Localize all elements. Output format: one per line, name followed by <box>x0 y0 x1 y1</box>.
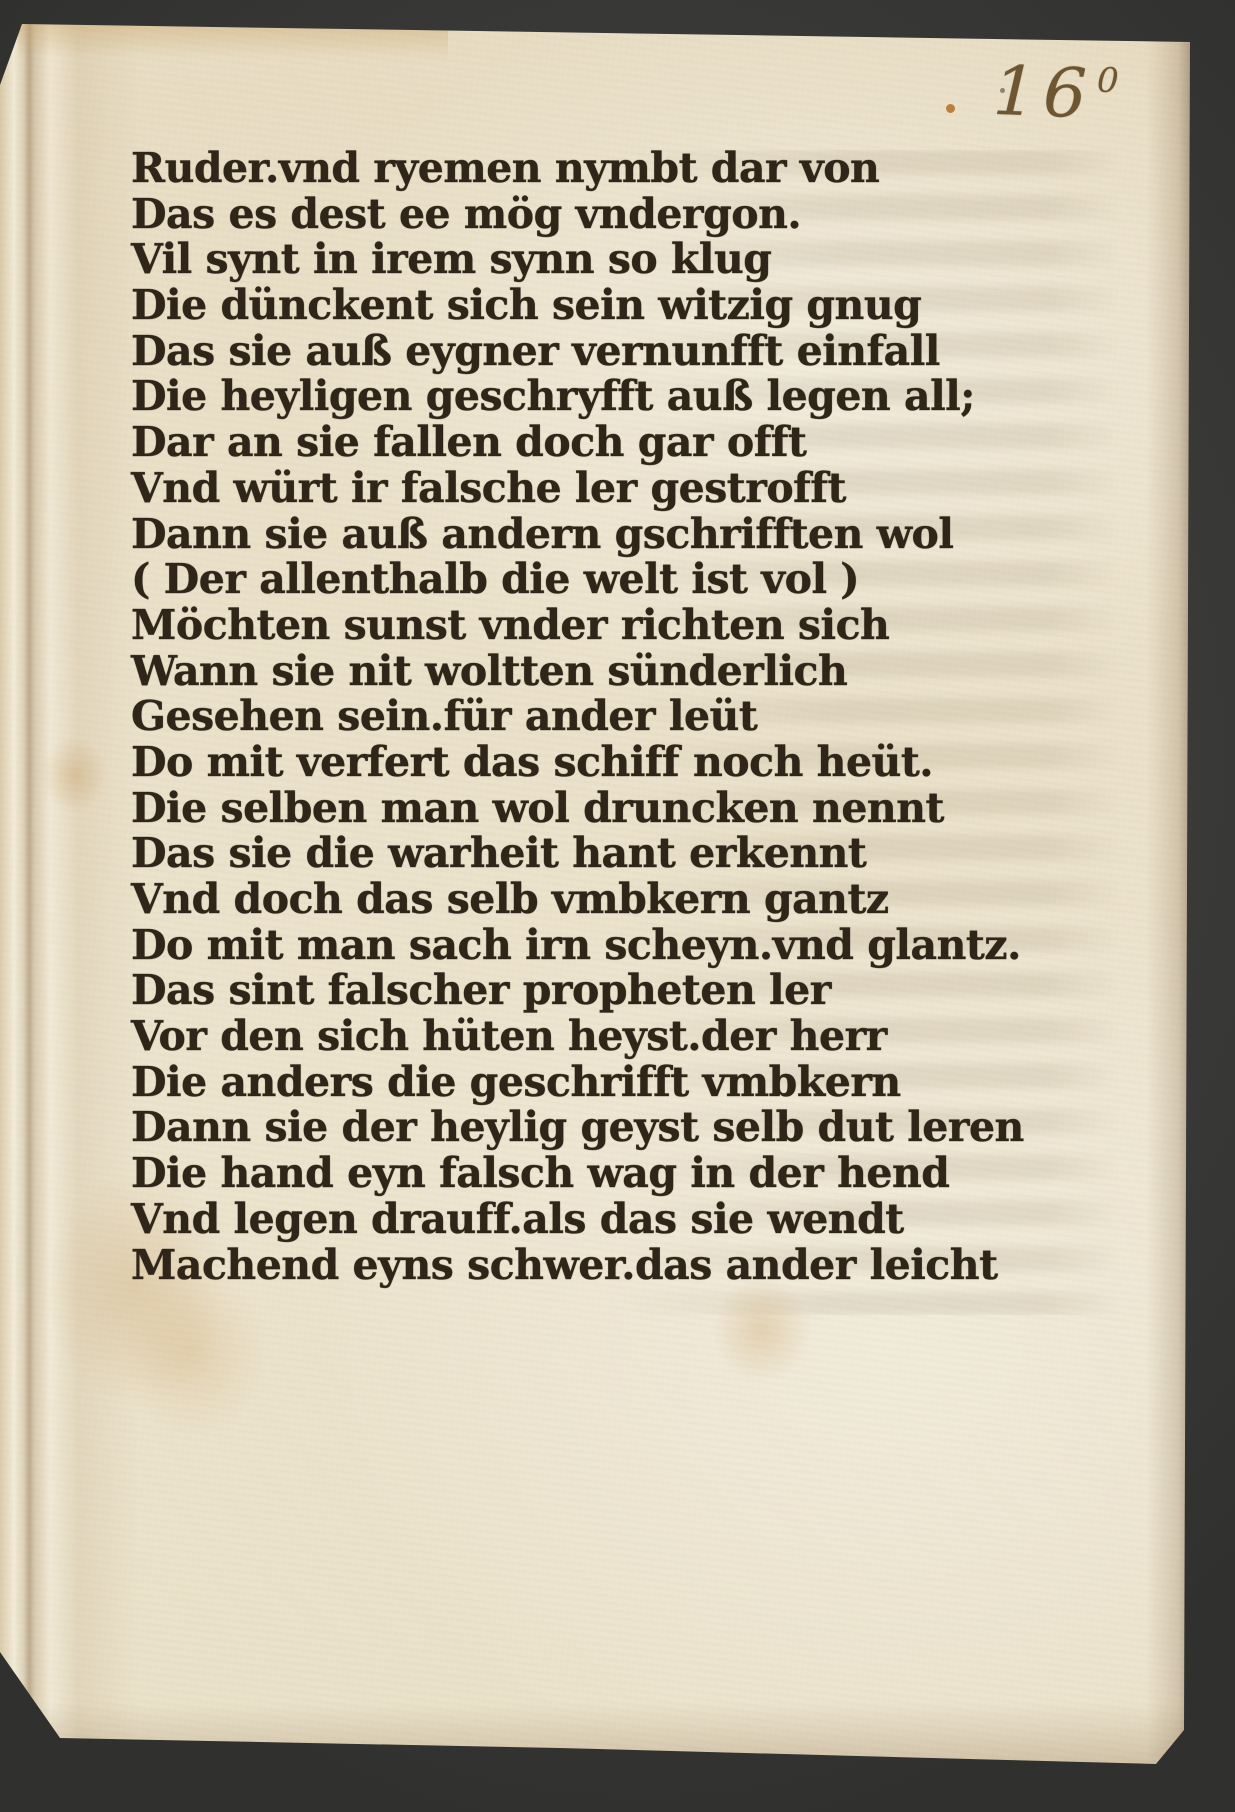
poem-line: Ruder.vnd ryemen nymbt dar von <box>131 146 1111 192</box>
poem-line: Das sie auß eygner vernunfft einfall <box>131 329 1111 375</box>
scan-background: 160 Ruder.vnd ryemen nymbt dar von Das e… <box>0 0 1235 1812</box>
folio-superscript-digit: 0 <box>1096 61 1119 102</box>
poem-line: Vnd legen drauff.als das sie wendt <box>131 1197 1111 1243</box>
poem-line: Vnd würt ir falsche ler gestrofft <box>131 466 1111 512</box>
folio-digits: 16 <box>992 52 1095 134</box>
poem-line: Die hand eyn falsch wag in der hend <box>131 1151 1111 1197</box>
poem-line: Das sie die warheit hant erkennt <box>131 831 1111 877</box>
page-bottom-edge-shadow <box>0 1690 1200 1770</box>
poem-line: Die dünckent sich sein witzig gnug <box>131 283 1111 329</box>
poem-line: Wann sie nit woltten sünderlich <box>131 649 1111 695</box>
poem-line: Machend eyns schwer.das ander leicht <box>131 1243 1111 1289</box>
top-edge-discoloration <box>18 20 448 65</box>
poem-line: Möchten sunst vnder richten sich <box>131 603 1111 649</box>
folio-number: 160 <box>992 52 1117 135</box>
poem-line: Do mit verfert das schiff noch heüt. <box>131 740 1111 786</box>
page-right-edge-shadow <box>1146 30 1192 1770</box>
poem-line: Die heyligen geschryfft auß legen all; <box>131 374 1111 420</box>
poem-line: Vil synt in irem synn so klug <box>131 237 1111 283</box>
book-page: 160 Ruder.vnd ryemen nymbt dar von Das e… <box>0 0 1235 1812</box>
binding-fold <box>0 0 140 1812</box>
poem-line: Vor den sich hüten heyst.der herr <box>131 1014 1111 1060</box>
poem-line: Vnd doch das selb vmbkern gantz <box>131 877 1111 923</box>
poem-line: Dann sie der heylig geyst selb dut leren <box>131 1105 1111 1151</box>
poem-line: Die anders die geschrifft vmbkern <box>131 1060 1111 1106</box>
poem-line: ( Der allenthalb die welt ist vol ) <box>131 557 1111 603</box>
poem-line: Dann sie auß andern gschrifften wol <box>131 512 1111 558</box>
poem-text-block: Ruder.vnd ryemen nymbt dar von Das es de… <box>131 146 1111 1288</box>
poem-line: Dar an sie fallen doch gar offt <box>131 420 1111 466</box>
poem-line: Do mit man sach irn scheyn.vnd glantz. <box>131 923 1111 969</box>
poem-line: Gesehen sein.für ander leüt <box>131 694 1111 740</box>
poem-line: Das es dest ee mög vndergon. <box>131 192 1111 238</box>
poem-line: Die selben man wol druncken nennt <box>131 786 1111 832</box>
poem-line: Das sint falscher propheten ler <box>131 968 1111 1014</box>
ink-speck <box>946 104 955 113</box>
stain <box>118 1268 268 1438</box>
